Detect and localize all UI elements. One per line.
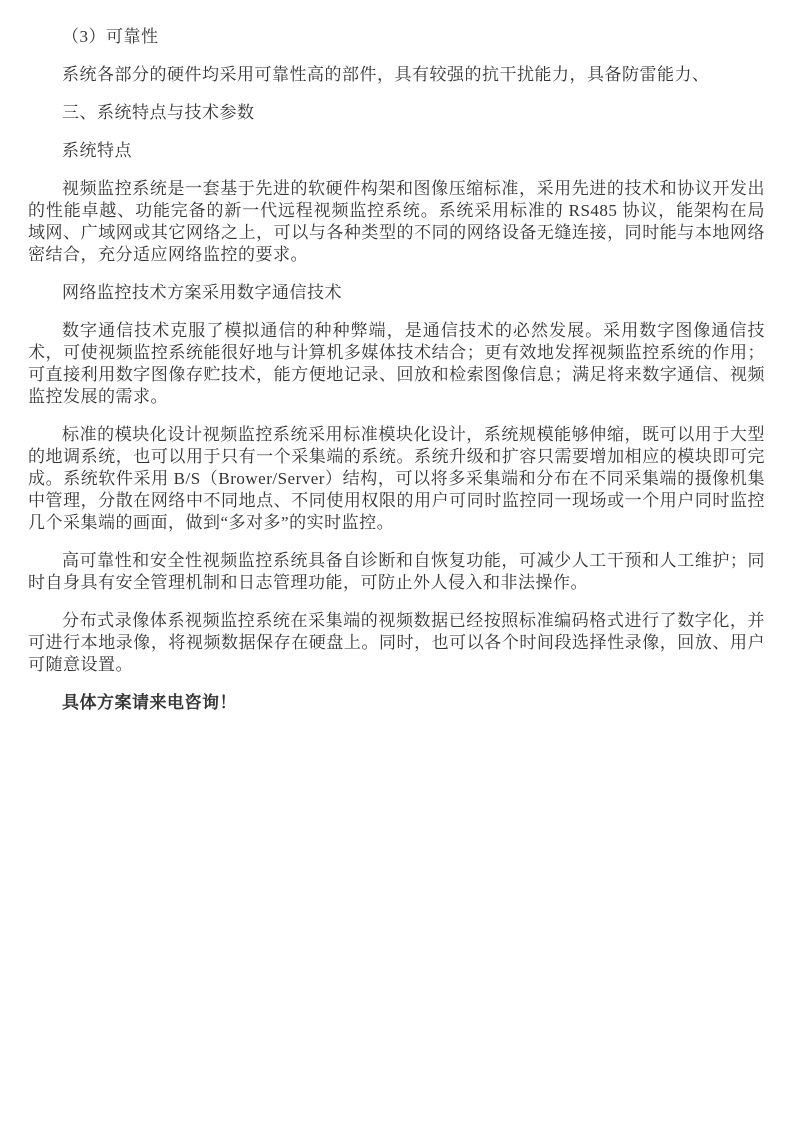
heading-section-features-params: 三、系统特点与技术参数 bbox=[28, 102, 765, 124]
para-distributed-recording: 分布式录像体系视频监控系统在采集端的视频数据已经按照标准编码格式进行了数字化，并… bbox=[28, 610, 765, 676]
cta-contact-line: 具体方案请来电咨询！ bbox=[28, 692, 765, 714]
para-hardware-reliability: 系统各部分的硬件均采用可靠性高的部件，具有较强的抗干扰能力，具备防雷能力、 bbox=[28, 64, 765, 86]
heading-reliability-item: （3）可靠性 bbox=[28, 26, 765, 48]
heading-system-features: 系统特点 bbox=[28, 140, 765, 162]
heading-network-digital-tech: 网络监控技术方案采用数字通信技术 bbox=[28, 282, 765, 304]
document-page: （3）可靠性 系统各部分的硬件均采用可靠性高的部件，具有较强的抗干扰能力，具备防… bbox=[0, 0, 793, 1122]
para-system-overview: 视频监控系统是一套基于先进的软硬件构架和图像压缩标准，采用先进的技术和协议开发出… bbox=[28, 178, 765, 266]
para-modular-design: 标准的模块化设计视频监控系统采用标准模块化设计，系统规模能够伸缩，既可以用于大型… bbox=[28, 424, 765, 534]
para-reliability-security: 高可靠性和安全性视频监控系统具备自诊断和自恢复功能，可减少人工干预和人工维护；同… bbox=[28, 550, 765, 594]
para-digital-communication: 数字通信技术克服了模拟通信的种种弊端，是通信技术的必然发展。采用数字图像通信技术… bbox=[28, 320, 765, 408]
